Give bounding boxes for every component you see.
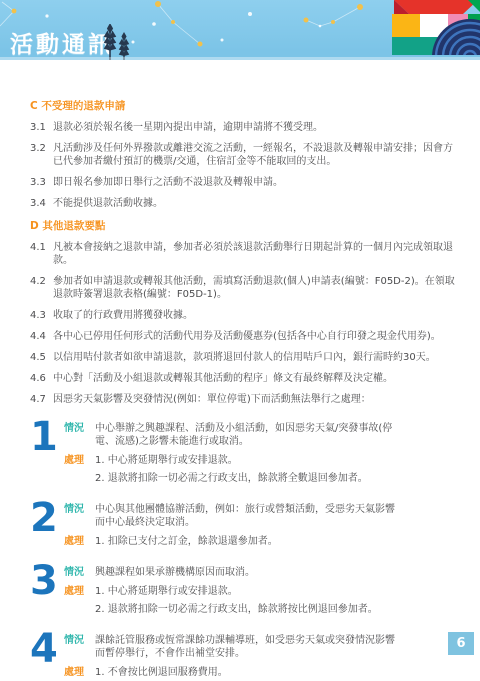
item-number: 4.2 (30, 275, 53, 301)
list-item: 3.1 退款必須於報名後一星期內提出申請，逾期申請將不獲受理。 (30, 121, 456, 134)
situation-row: 情況 中心舉辦之興趣課程、活動及小組活動，如因惡劣天氣/突發事故(停電、流感)之… (64, 422, 456, 448)
handling-step: 1. 中心將延期舉行或安排退款。 (95, 585, 397, 598)
page-header: 活動通訊 (0, 0, 480, 60)
item-text: 收取了的行政費用將獲發收據。 (53, 309, 456, 322)
item-text: 凡活動涉及任何外界撥款或離港交流之活動，一經報名，不設退款及轉報申請安排；因會方… (53, 142, 456, 168)
item-text: 因惡劣天氣影響及突發情況(例如：單位停電)下而活動無法舉行之處理： (53, 393, 456, 406)
case-content: 情況 中心與其他團體協辦活動，例如：旅行或營類活動，受惡劣天氣影響而中心最終決定… (64, 501, 456, 553)
handling-steps: 1. 中心將延期舉行或安排退款。 2. 退款將扣除一切必需之行政支出，餘款將按比… (95, 585, 456, 621)
page-body: C 不受理的退款申請 3.1 退款必須於報名後一星期內提出申請，逾期申請將不獲受… (0, 60, 480, 681)
case-4: 4 情況 課餘託管服務或恆常課餘功課輔導班，如受惡劣天氣或突發情況影響而暫停舉行… (30, 632, 456, 681)
situation-label: 情況 (64, 422, 87, 448)
situation-row: 情況 興趣課程如果承辦機構原因而取消。 (64, 566, 456, 579)
item-text: 即日報名參加即日舉行之活動不設退款及轉報申請。 (53, 176, 456, 189)
case-content: 情況 中心舉辦之興趣課程、活動及小組活動，如因惡劣天氣/突發事故(停電、流感)之… (64, 420, 456, 490)
handling-label: 處理 (64, 535, 87, 553)
situation-label: 情況 (64, 503, 87, 529)
page-title: 活動通訊 (10, 26, 114, 59)
section-refund-not-accepted: C 不受理的退款申請 3.1 退款必須於報名後一星期內提出申請，逾期申請將不獲受… (30, 98, 456, 210)
item-number: 3.1 (30, 121, 53, 134)
handling-steps: 1. 扣除已支付之訂金，餘款退還參加者。 (95, 535, 456, 553)
list-item: 4.3 收取了的行政費用將獲發收據。 (30, 309, 456, 322)
handling-label: 處理 (64, 454, 87, 490)
weather-case-list: 1 情況 中心舉辦之興趣課程、活動及小組活動，如因惡劣天氣/突發事故(停電、流感… (30, 420, 456, 681)
item-number: 3.2 (30, 142, 53, 168)
item-number: 4.6 (30, 372, 53, 385)
case-number: 1 (30, 420, 64, 490)
handling-row: 處理 1. 扣除已支付之訂金，餘款退還參加者。 (64, 535, 456, 553)
situation-row: 情況 課餘託管服務或恆常課餘功課輔導班，如受惡劣天氣或突發情況影響而暫停舉行，不… (64, 634, 456, 660)
case-number: 2 (30, 501, 64, 553)
situation-label: 情況 (64, 566, 87, 579)
page-number-badge: 6 (448, 632, 474, 655)
item-text: 中心對「活動及小組退款或轉報其他活動的程序」條文有最終解釋及決定權。 (53, 372, 456, 385)
item-text: 各中心已停用任何形式的活動代用券及活動優惠券(包括各中心自行印發之現金代用券)。 (53, 330, 456, 343)
wheat-icon (102, 24, 132, 60)
handling-row: 處理 1. 中心將延期舉行或安排退款。 2. 退款將扣除一切必需之行政支出，餘款… (64, 585, 456, 621)
case-3: 3 情況 興趣課程如果承辦機構原因而取消。 處理 1. 中心將延期舉行或安排退款… (30, 564, 456, 621)
list-item: 3.4 不能提供退款活動收據。 (30, 197, 456, 210)
item-number: 4.3 (30, 309, 53, 322)
situation-text: 中心與其他團體協辦活動，例如：旅行或營類活動，受惡劣天氣影響而中心最終決定取消。 (95, 503, 397, 529)
section-heading: C 不受理的退款申請 (30, 98, 456, 113)
item-number: 4.5 (30, 351, 53, 364)
case-content: 情況 興趣課程如果承辦機構原因而取消。 處理 1. 中心將延期舉行或安排退款。 … (64, 564, 456, 621)
item-number: 4.4 (30, 330, 53, 343)
item-text: 不能提供退款活動收據。 (53, 197, 456, 210)
situation-text: 興趣課程如果承辦機構原因而取消。 (95, 566, 255, 579)
newsletter-page: 活動通訊 (0, 0, 480, 681)
list-item: 4.7 因惡劣天氣影響及突發情況(例如：單位停電)下而活動無法舉行之處理： (30, 393, 456, 406)
handling-steps: 1. 不會按比例退回服務費用。 (95, 666, 456, 681)
case-1: 1 情況 中心舉辦之興趣課程、活動及小組活動，如因惡劣天氣/突發事故(停電、流感… (30, 420, 456, 490)
handling-step: 2. 退款將扣除一切必需之行政支出，餘款將全數退回參加者。 (95, 472, 397, 485)
situation-row: 情況 中心與其他團體協辦活動，例如：旅行或營類活動，受惡劣天氣影響而中心最終決定… (64, 503, 456, 529)
item-text: 凡被本會接納之退款申請，參加者必須於該退款活動舉行日期起計算的一個月內完成領取退… (53, 241, 456, 267)
section-heading: D 其他退款要點 (30, 218, 456, 233)
item-number: 4.1 (30, 241, 53, 267)
handling-step: 1. 不會按比例退回服務費用。 (95, 666, 397, 679)
case-content: 情況 課餘託管服務或恆常課餘功課輔導班，如受惡劣天氣或突發情況影響而暫停舉行，不… (64, 632, 456, 681)
page-number: 6 (456, 636, 465, 651)
geometric-tiles-icon (390, 0, 480, 55)
list-item: 4.6 中心對「活動及小組退款或轉報其他活動的程序」條文有最終解釋及決定權。 (30, 372, 456, 385)
handling-steps: 1. 中心將延期舉行或安排退款。 2. 退款將扣除一切必需之行政支出，餘款將全數… (95, 454, 456, 490)
item-number: 4.7 (30, 393, 53, 406)
section-other-refund-points: D 其他退款要點 4.1 凡被本會接納之退款申請，參加者必須於該退款活動舉行日期… (30, 218, 456, 406)
list-item: 4.4 各中心已停用任何形式的活動代用券及活動優惠券(包括各中心自行印發之現金代… (30, 330, 456, 343)
item-number: 3.4 (30, 197, 53, 210)
case-number: 3 (30, 564, 64, 621)
handling-label: 處理 (64, 666, 87, 681)
item-text: 以信用咭付款者如欲申請退款，款項將退回付款人的信用咭戶口內，銀行需時約30天。 (53, 351, 456, 364)
handling-row: 處理 1. 不會按比例退回服務費用。 (64, 666, 456, 681)
situation-text: 中心舉辦之興趣課程、活動及小組活動，如因惡劣天氣/突發事故(停電、流感)之影響未… (95, 422, 397, 448)
situation-text: 課餘託管服務或恆常課餘功課輔導班，如受惡劣天氣或突發情況影響而暫停舉行，不會作出… (95, 634, 397, 660)
item-number: 3.3 (30, 176, 53, 189)
item-text: 退款必須於報名後一星期內提出申請，逾期申請將不獲受理。 (53, 121, 456, 134)
header-divider (0, 57, 480, 60)
handling-label: 處理 (64, 585, 87, 621)
list-item: 3.2 凡活動涉及任何外界撥款或離港交流之活動，一經報名，不設退款及轉報申請安排… (30, 142, 456, 168)
situation-label: 情況 (64, 634, 87, 660)
handling-row: 處理 1. 中心將延期舉行或安排退款。 2. 退款將扣除一切必需之行政支出，餘款… (64, 454, 456, 490)
case-2: 2 情況 中心與其他團體協辦活動，例如：旅行或營類活動，受惡劣天氣影響而中心最終… (30, 501, 456, 553)
handling-step: 1. 中心將延期舉行或安排退款。 (95, 454, 397, 467)
handling-step: 1. 扣除已支付之訂金，餘款退還參加者。 (95, 535, 397, 548)
list-item: 4.2 參加者如申請退款或轉報其他活動，需填寫活動退款(個人)申請表(編號：F0… (30, 275, 456, 301)
handling-step: 2. 退款將扣除一切必需之行政支出，餘款將按比例退回參加者。 (95, 603, 397, 616)
list-item: 4.5 以信用咭付款者如欲申請退款，款項將退回付款人的信用咭戶口內，銀行需時約3… (30, 351, 456, 364)
list-item: 3.3 即日報名參加即日舉行之活動不設退款及轉報申請。 (30, 176, 456, 189)
list-item: 4.1 凡被本會接納之退款申請，參加者必須於該退款活動舉行日期起計算的一個月內完… (30, 241, 456, 267)
case-number: 4 (30, 632, 64, 681)
item-text: 參加者如申請退款或轉報其他活動，需填寫活動退款(個人)申請表(編號：F05D-2… (53, 275, 456, 301)
